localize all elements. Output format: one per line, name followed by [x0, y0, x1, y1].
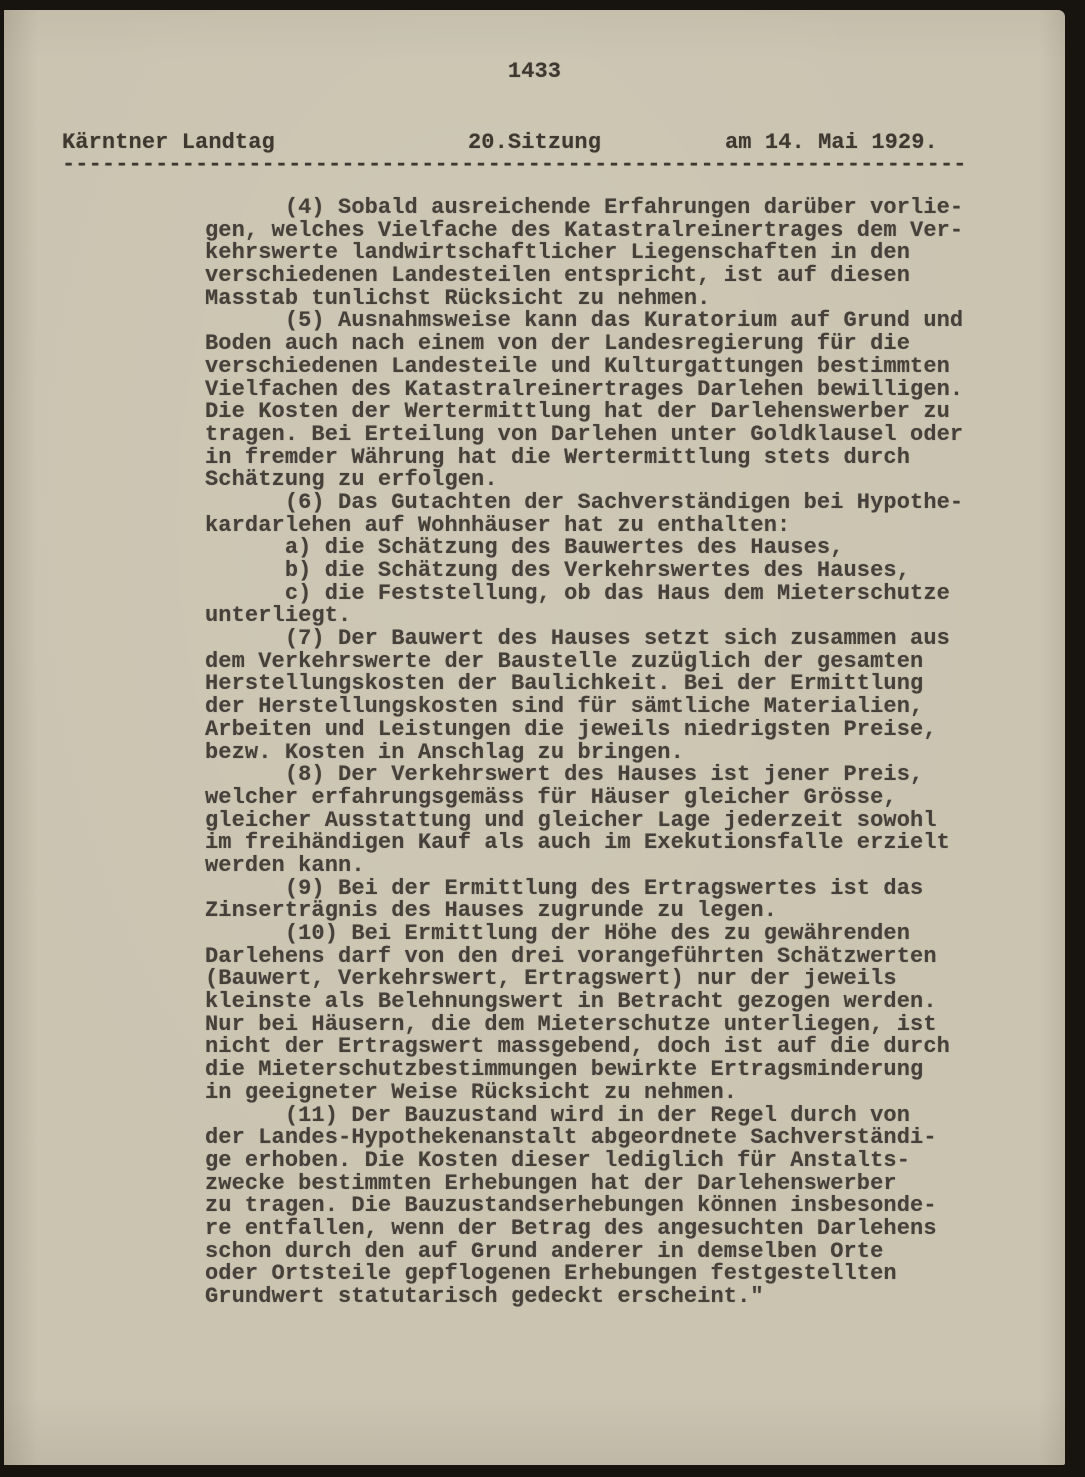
paragraph-5: (5) Ausnahmsweise kann das Kuratorium au…: [205, 310, 1005, 492]
text-line: dem Verkehrswerte der Baustelle zuzüglic…: [205, 651, 1005, 674]
text-line: Masstab tunlichst Rücksicht zu nehmen.: [205, 288, 1005, 311]
text-line: b) die Schätzung des Verkehrswertes des …: [205, 560, 1005, 583]
text-line: (11) Der Bauzustand wird in der Regel du…: [205, 1105, 1005, 1128]
text-line: welcher erfahrungsgemäss für Häuser glei…: [205, 787, 1005, 810]
text-line: ge erhoben. Die Kosten dieser lediglich …: [205, 1150, 1005, 1173]
text-line: (6) Das Gutachten der Sachverständigen b…: [205, 492, 1005, 515]
text-line: kleinste als Belehnungswert in Betracht …: [205, 991, 1005, 1014]
paragraph-7: (7) Der Bauwert des Hauses setzt sich zu…: [205, 628, 1005, 764]
text-line: Schätzung zu erfolgen.: [205, 469, 1005, 492]
text-line: (7) Der Bauwert des Hauses setzt sich zu…: [205, 628, 1005, 651]
text-line: der Herstellungskosten sind für sämtlich…: [205, 696, 1005, 719]
text-line: Nur bei Häusern, die dem Mieterschutze u…: [205, 1014, 1005, 1037]
text-line: Darlehens darf von den drei vorangeführt…: [205, 946, 1005, 969]
text-line: Arbeiten und Leistungen die jeweils nied…: [205, 719, 1005, 742]
header-parliament-name: Kärntner Landtag: [62, 130, 275, 155]
text-line: tragen. Bei Erteilung von Darlehen unter…: [205, 424, 1005, 447]
text-line: kehrswerte landwirtschaftlicher Liegensc…: [205, 242, 1005, 265]
text-line: nicht der Ertragswert massgebend, doch i…: [205, 1036, 1005, 1059]
text-line: der Landes-Hypothekenanstalt abgeordnete…: [205, 1127, 1005, 1150]
header-divider-line: ----------------------------------------…: [62, 154, 1022, 176]
text-line: re entfallen, wenn der Betrag des angesu…: [205, 1218, 1005, 1241]
text-line: unterliegt.: [205, 605, 1005, 628]
text-line: kardarlehen auf Wohnhäuser hat zu enthal…: [205, 515, 1005, 538]
text-line: gleicher Ausstattung und gleicher Lage j…: [205, 810, 1005, 833]
body-text: (4) Sobald ausreichende Erfahrungen darü…: [205, 197, 1005, 1309]
text-line: c) die Feststellung, ob das Haus dem Mie…: [205, 583, 1005, 606]
text-line: (5) Ausnahmsweise kann das Kuratorium au…: [205, 310, 1005, 333]
text-line: verschiedenen Landesteilen entspricht, i…: [205, 265, 1005, 288]
text-line: gen, welches Vielfache des Katastralrein…: [205, 220, 1005, 243]
text-line: Herstellungskosten der Baulichkeit. Bei …: [205, 673, 1005, 696]
paragraph-10: (10) Bei Ermittlung der Höhe des zu gewä…: [205, 923, 1005, 1105]
text-line: in fremder Währung hat die Wertermittlun…: [205, 447, 1005, 470]
text-line: zu tragen. Die Bauzustandserhebungen kön…: [205, 1195, 1005, 1218]
text-line: (8) Der Verkehrswert des Hauses ist jene…: [205, 764, 1005, 787]
page-header: Kärntner Landtag 20.Sitzung am 14. Mai 1…: [4, 130, 1065, 154]
text-line: im freihändigen Kauf als auch im Exekuti…: [205, 832, 1005, 855]
text-line: Boden auch nach einem von der Landesregi…: [205, 333, 1005, 356]
page-number: 1433: [4, 59, 1065, 84]
scanned-page: 1433 Kärntner Landtag 20.Sitzung am 14. …: [0, 0, 1085, 1477]
text-line: (4) Sobald ausreichende Erfahrungen darü…: [205, 197, 1005, 220]
text-line: zwecke bestimmten Erhebungen hat der Dar…: [205, 1173, 1005, 1196]
paragraph-11: (11) Der Bauzustand wird in der Regel du…: [205, 1105, 1005, 1309]
header-session-date: am 14. Mai 1929.: [725, 130, 938, 155]
text-line: in geeigneter Weise Rücksicht zu nehmen.: [205, 1082, 1005, 1105]
paragraph-6: (6) Das Gutachten der Sachverständigen b…: [205, 492, 1005, 628]
text-line: die Mieterschutzbestimmungen bewirkte Er…: [205, 1059, 1005, 1082]
paragraph-9: (9) Bei der Ermittlung des Ertragswertes…: [205, 878, 1005, 923]
text-line: schon durch den auf Grund anderer in dem…: [205, 1241, 1005, 1264]
text-line: Vielfachen des Katastralreinertrages Dar…: [205, 379, 1005, 402]
text-line: oder Ortsteile gepflogenen Erhebungen fe…: [205, 1263, 1005, 1286]
text-line: (10) Bei Ermittlung der Höhe des zu gewä…: [205, 923, 1005, 946]
header-session-number: 20.Sitzung: [468, 130, 601, 155]
paragraph-8: (8) Der Verkehrswert des Hauses ist jene…: [205, 764, 1005, 877]
text-line: (Bauwert, Verkehrswert, Ertragswert) nur…: [205, 968, 1005, 991]
text-line: werden kann.: [205, 855, 1005, 878]
text-line: Grundwert statutarisch gedeckt erscheint…: [205, 1286, 1005, 1309]
text-line: Zinserträgnis des Hauses zugrunde zu leg…: [205, 900, 1005, 923]
paragraph-4: (4) Sobald ausreichende Erfahrungen darü…: [205, 197, 1005, 310]
text-line: a) die Schätzung des Bauwertes des Hause…: [205, 537, 1005, 560]
text-line: Die Kosten der Wertermittlung hat der Da…: [205, 401, 1005, 424]
text-line: bezw. Kosten in Anschlag zu bringen.: [205, 742, 1005, 765]
paper: 1433 Kärntner Landtag 20.Sitzung am 14. …: [4, 10, 1065, 1465]
text-line: verschiedenen Landesteile und Kulturgatt…: [205, 356, 1005, 379]
text-line: (9) Bei der Ermittlung des Ertragswertes…: [205, 878, 1005, 901]
